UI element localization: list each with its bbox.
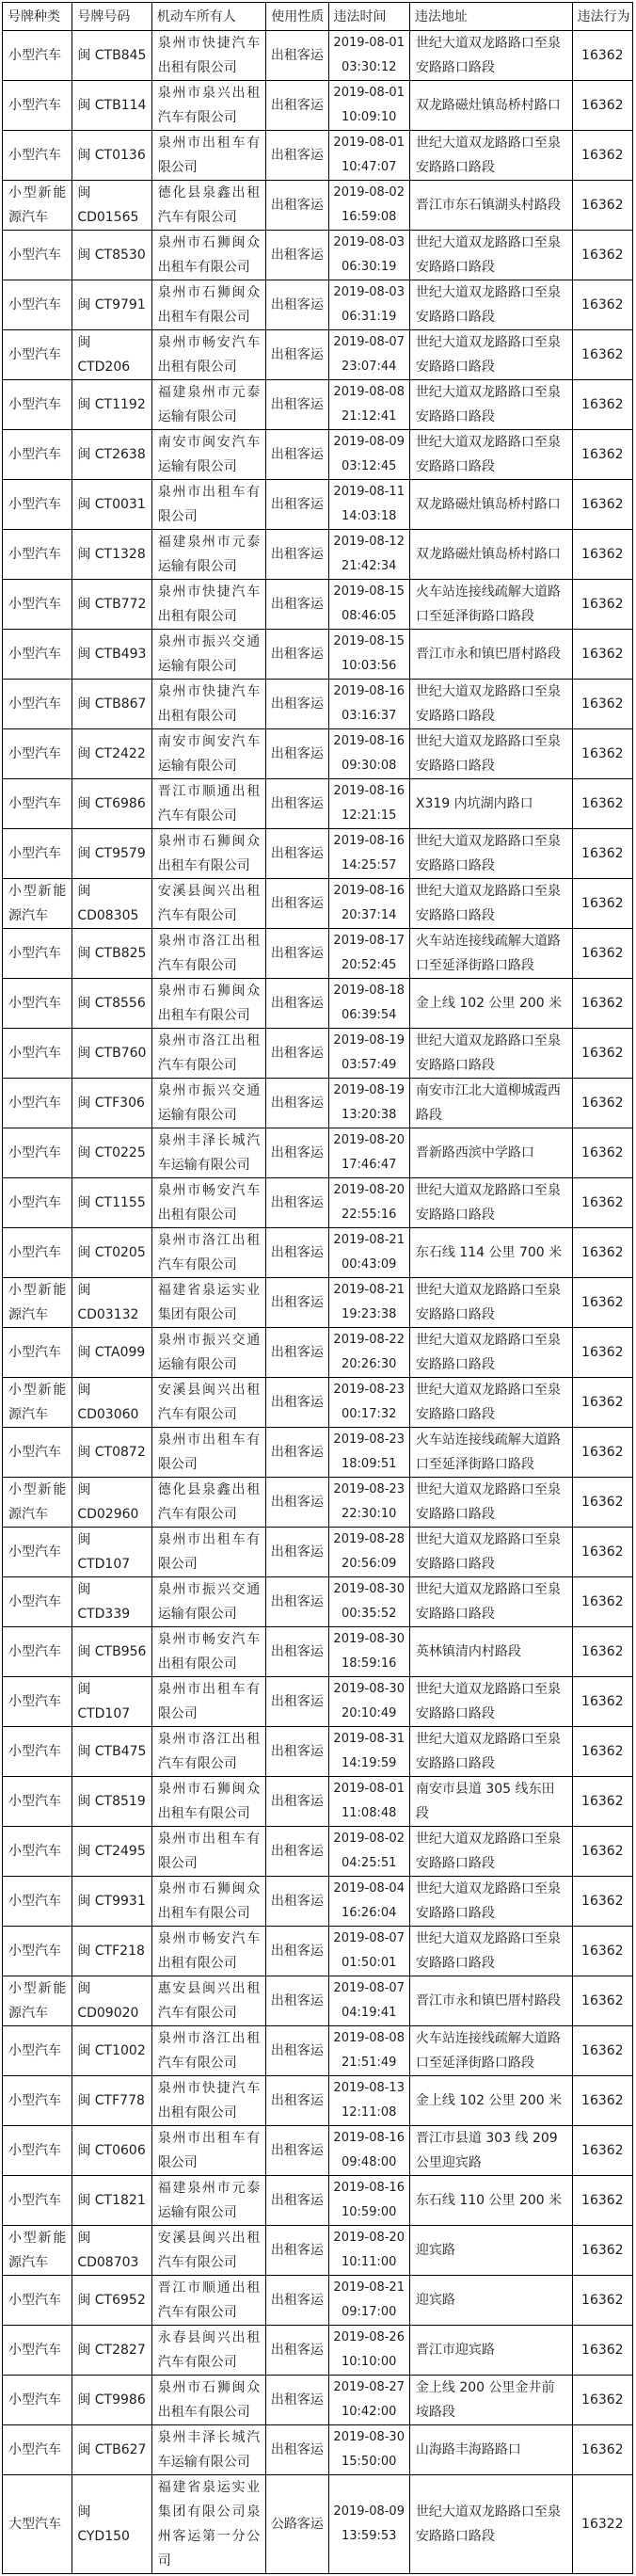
table-row: 小型汽车闽 CTF218泉州市畅安汽车出租有限公司出租客运2019-08-07 … (3, 1927, 633, 1976)
table-row: 小型汽车闽 CTD107泉州市出租车有限公司出租客运2019-08-28 20:… (3, 1528, 633, 1577)
type-cell: 小型新能源汽车 (3, 2226, 72, 2276)
owner-cell: 泉州市振兴交通运输有限公司 (151, 1079, 266, 1128)
plate-cell: 闽 CT0872 (72, 1428, 151, 1478)
owner-cell: 泉州市石狮闽众出租车有限公司 (151, 829, 266, 879)
usage-cell: 出租客运 (266, 2276, 328, 2326)
address-cell: 世纪大道双龙路路口至泉安路路口路段 (409, 1827, 572, 1877)
owner-cell: 泉州市出租车有限公司 (151, 1827, 266, 1877)
owner-cell: 泉州市快捷汽车出租有限公司 (151, 680, 266, 729)
time-cell: 2019-08-28 20:56:09 (328, 1528, 409, 1577)
usage-cell: 出租客运 (266, 31, 328, 81)
plate-cell: 闽 CT1192 (72, 380, 151, 430)
address-cell: 世纪大道双龙路路口至泉安路路口路段 (409, 1927, 572, 1976)
address-cell: 火车站连接线疏解大道路口至延泽街路口路段 (409, 1428, 572, 1478)
table-row: 小型汽车闽 CTB825泉州市洛江出租汽车有限公司出租客运2019-08-17 … (3, 929, 633, 979)
owner-cell: 泉州市畅安汽车出租有限公司 (151, 1627, 266, 1677)
usage-cell: 出租客运 (266, 131, 328, 181)
time-cell: 2019-08-16 09:48:00 (328, 2126, 409, 2176)
owner-cell: 泉州市畅安汽车出租有限公司 (151, 330, 266, 380)
plate-cell: 闽 CT2827 (72, 2326, 151, 2376)
code-cell: 16362 (572, 1927, 632, 1976)
table-row: 小型汽车闽 CT1155泉州市畅安汽车出租有限公司出租客运2019-08-20 … (3, 1178, 633, 1228)
owner-cell: 德化县泉鑫出租汽车有限公司 (151, 181, 266, 231)
type-cell: 小型汽车 (3, 380, 72, 430)
table-row: 小型汽车闽 CT6986晋江市顺通出租汽车有限公司出租客运2019-08-16 … (3, 779, 633, 829)
table-row: 小型汽车闽 CTF778泉州市快捷汽车出租有限公司出租客运2019-08-13 … (3, 2076, 633, 2126)
address-cell: 世纪大道双龙路路口至泉安路路口路段 (409, 1328, 572, 1378)
plate-cell: 闽 CT2422 (72, 729, 151, 779)
usage-cell: 出租客运 (266, 430, 328, 480)
owner-cell: 泉州市泉兴出租汽车有限公司 (151, 81, 266, 131)
usage-cell: 出租客运 (266, 2226, 328, 2276)
type-cell: 小型汽车 (3, 2376, 72, 2425)
owner-cell: 泉州丰泽长城汽车运输有限公司 (151, 1128, 266, 1178)
table-row: 小型汽车闽 CT1821福建泉州市元泰运输有限公司出租客运2019-08-16 … (3, 2176, 633, 2226)
table-row: 小型新能源汽车闽 CD08703安溪县闽兴出租汽车有限公司出租客运2019-08… (3, 2226, 633, 2276)
time-cell: 2019-08-11 14:03:18 (328, 480, 409, 530)
time-cell: 2019-08-09 13:59:53 (328, 2475, 409, 2574)
document-sheet: 号牌种类 号牌号码 机动车所有人 使用性质 违法时间 违法地址 违法行为 小型汽… (0, 0, 636, 2576)
code-cell: 16362 (572, 280, 632, 330)
code-cell: 16362 (572, 1727, 632, 1777)
usage-cell: 出租客运 (266, 1777, 328, 1827)
time-cell: 2019-08-15 10:03:56 (328, 630, 409, 680)
usage-cell: 出租客运 (266, 630, 328, 680)
type-cell: 小型汽车 (3, 1528, 72, 1577)
table-row: 小型汽车闽 CTB493泉州市振兴交通运输有限公司出租客运2019-08-15 … (3, 630, 633, 680)
plate-cell: 闽 CTF778 (72, 2076, 151, 2126)
owner-cell: 安溪县闽兴出租汽车有限公司 (151, 879, 266, 929)
plate-cell: 闽 CT0136 (72, 131, 151, 181)
owner-cell: 泉州市出租车有限公司 (151, 1677, 266, 1727)
code-cell: 16362 (572, 31, 632, 81)
plate-cell: 闽 CT2638 (72, 430, 151, 480)
plate-cell: 闽 CT0606 (72, 2126, 151, 2176)
plate-cell: 闽 CT6986 (72, 779, 151, 829)
time-cell: 2019-08-07 04:19:41 (328, 1976, 409, 2026)
code-cell: 16362 (572, 330, 632, 380)
code-cell: 16362 (572, 430, 632, 480)
plate-cell: 闽 CTB493 (72, 630, 151, 680)
code-cell: 16362 (572, 1428, 632, 1478)
owner-cell: 泉州市快捷汽车出租有限公司 (151, 31, 266, 81)
code-cell: 16362 (572, 829, 632, 879)
code-cell: 16362 (572, 1378, 632, 1428)
owner-cell: 福建泉州市元泰运输有限公司 (151, 530, 266, 580)
type-cell: 小型汽车 (3, 1178, 72, 1228)
time-cell: 2019-08-03 06:30:19 (328, 231, 409, 280)
table-row: 小型汽车闽 CT9791泉州市石狮闽众出租车有限公司出租客运2019-08-03… (3, 280, 633, 330)
address-cell: 世纪大道双龙路路口至泉安路路口路段 (409, 1677, 572, 1727)
col-header-violation-address: 违法地址 (409, 3, 572, 31)
usage-cell: 出租客运 (266, 81, 328, 131)
owner-cell: 泉州市洛江出租汽车有限公司 (151, 1228, 266, 1278)
usage-cell: 出租客运 (266, 2076, 328, 2126)
plate-cell: 闽 CT2495 (72, 1827, 151, 1877)
plate-cell: 闽 CTA099 (72, 1328, 151, 1378)
table-row: 小型汽车闽 CT9931泉州市石狮闽众出租车有限公司出租客运2019-08-04… (3, 1877, 633, 1927)
usage-cell: 出租客运 (266, 1178, 328, 1228)
address-cell: 世纪大道双龙路路口至泉安路路口路段 (409, 1478, 572, 1528)
type-cell: 小型汽车 (3, 630, 72, 680)
code-cell: 16362 (572, 779, 632, 829)
plate-cell: 闽 CTB760 (72, 1029, 151, 1079)
time-cell: 2019-08-30 00:35:52 (328, 1577, 409, 1627)
time-cell: 2019-08-04 16:26:04 (328, 1877, 409, 1927)
table-row: 小型新能源汽车闽 CD03132福建省泉运实业集团有限公司出租客运2019-08… (3, 1278, 633, 1328)
owner-cell: 南安市闽安汽车运输有限公司 (151, 430, 266, 480)
usage-cell: 出租客运 (266, 280, 328, 330)
owner-cell: 福建省泉运实业集团有限公司 (151, 1278, 266, 1328)
code-cell: 16362 (572, 1976, 632, 2026)
usage-cell: 出租客运 (266, 2425, 328, 2475)
col-header-violation-code: 违法行为 (572, 3, 632, 31)
usage-cell: 出租客运 (266, 480, 328, 530)
table-row: 小型汽车闽 CTD339泉州市振兴交通运输有限公司出租客运2019-08-30 … (3, 1577, 633, 1627)
owner-cell: 泉州市石狮闽众出租车有限公司 (151, 1777, 266, 1827)
plate-cell: 闽 CT0031 (72, 480, 151, 530)
plate-cell: 闽 CTB867 (72, 680, 151, 729)
type-cell: 小型汽车 (3, 1777, 72, 1827)
code-cell: 16362 (572, 1228, 632, 1278)
address-cell: 晋江市永和镇巴厝村路段 (409, 1976, 572, 2026)
table-row: 小型汽车闽 CT2638南安市闽安汽车运输有限公司出租客运2019-08-09 … (3, 430, 633, 480)
address-cell: 迎宾路 (409, 2276, 572, 2326)
table-row: 小型汽车闽 CTB772泉州市快捷汽车出租有限公司出租客运2019-08-15 … (3, 580, 633, 630)
owner-cell: 泉州市快捷汽车出租有限公司 (151, 580, 266, 630)
address-cell: 世纪大道双龙路路口至泉安路路口路段 (409, 231, 572, 280)
table-row: 小型汽车闽 CTB114泉州市泉兴出租汽车有限公司出租客运2019-08-01 … (3, 81, 633, 131)
code-cell: 16362 (572, 680, 632, 729)
address-cell: 南安市江北大道柳城霞西路段 (409, 1079, 572, 1128)
table-row: 小型汽车闽 CTD107泉州市出租车有限公司出租客运2019-08-30 20:… (3, 1677, 633, 1727)
owner-cell: 晋江市顺通出租汽车有限公司 (151, 779, 266, 829)
type-cell: 小型汽车 (3, 81, 72, 131)
time-cell: 2019-08-16 03:16:37 (328, 680, 409, 729)
code-cell: 16362 (572, 1577, 632, 1627)
address-cell: 世纪大道双龙路路口至泉安路路口路段 (409, 1278, 572, 1328)
code-cell: 16362 (572, 2026, 632, 2076)
table-row: 小型汽车闽 CTB845泉州市快捷汽车出租有限公司出租客运2019-08-01 … (3, 31, 633, 81)
time-cell: 2019-08-01 10:47:07 (328, 131, 409, 181)
time-cell: 2019-08-30 15:50:00 (328, 2425, 409, 2475)
time-cell: 2019-08-02 04:25:51 (328, 1827, 409, 1877)
type-cell: 小型新能源汽车 (3, 1378, 72, 1428)
address-cell: 晋江市县道 303 线 209 公里迎宾路 (409, 2126, 572, 2176)
table-row: 小型汽车闽 CT0872泉州市出租车有限公司出租客运2019-08-23 18:… (3, 1428, 633, 1478)
code-cell: 16362 (572, 2276, 632, 2326)
owner-cell: 永春县闽兴出租汽车有限公司 (151, 2326, 266, 2376)
table-body: 小型汽车闽 CTB845泉州市快捷汽车出租有限公司出租客运2019-08-01 … (3, 31, 633, 2574)
address-cell: 金上线 200 公里金井前垵路段 (409, 2376, 572, 2425)
type-cell: 小型汽车 (3, 1328, 72, 1378)
owner-cell: 泉州市快捷汽车出租有限公司 (151, 2076, 266, 2126)
time-cell: 2019-08-26 10:10:00 (328, 2326, 409, 2376)
usage-cell: 出租客运 (266, 181, 328, 231)
type-cell: 小型汽车 (3, 729, 72, 779)
usage-cell: 出租客运 (266, 2176, 328, 2226)
address-cell: 世纪大道双龙路路口至泉安路路口路段 (409, 131, 572, 181)
type-cell: 小型汽车 (3, 2276, 72, 2326)
code-cell: 16362 (572, 1777, 632, 1827)
plate-cell: 闽 CTB825 (72, 929, 151, 979)
code-cell: 16362 (572, 1677, 632, 1727)
code-cell: 16362 (572, 81, 632, 131)
plate-cell: 闽 CT1002 (72, 2026, 151, 2076)
time-cell: 2019-08-19 13:20:38 (328, 1079, 409, 1128)
usage-cell: 出租客运 (266, 1577, 328, 1627)
table-row: 小型汽车闽 CT9986泉州市石狮闽众出租车有限公司出租客运2019-08-27… (3, 2376, 633, 2425)
owner-cell: 泉州市出租车有限公司 (151, 480, 266, 530)
plate-cell: 闽 CT9986 (72, 2376, 151, 2425)
col-header-usage-nature: 使用性质 (266, 3, 328, 31)
code-cell: 16362 (572, 181, 632, 231)
owner-cell: 泉州市出租车有限公司 (151, 1428, 266, 1478)
table-row: 小型汽车闽 CTB956泉州市畅安汽车出租有限公司出租客运2019-08-30 … (3, 1627, 633, 1677)
address-cell: 英林镇清内村路段 (409, 1627, 572, 1677)
address-cell: 世纪大道双龙路路口至泉安路路口路段 (409, 1178, 572, 1228)
usage-cell: 出租客运 (266, 1927, 328, 1976)
plate-cell: 闽 CD01565 (72, 181, 151, 231)
code-cell: 16362 (572, 1128, 632, 1178)
time-cell: 2019-08-09 03:12:45 (328, 430, 409, 480)
usage-cell: 出租客运 (266, 1877, 328, 1927)
plate-cell: 闽 CTF306 (72, 1079, 151, 1128)
code-cell: 16362 (572, 480, 632, 530)
code-cell: 16362 (572, 2425, 632, 2475)
time-cell: 2019-08-21 09:17:00 (328, 2276, 409, 2326)
col-header-plate-number: 号牌号码 (72, 3, 151, 31)
type-cell: 小型汽车 (3, 979, 72, 1029)
plate-cell: 闽 CT1155 (72, 1178, 151, 1228)
time-cell: 2019-08-03 06:31:19 (328, 280, 409, 330)
usage-cell: 出租客运 (266, 2126, 328, 2176)
address-cell: 世纪大道双龙路路口至泉安路路口路段 (409, 2475, 572, 2574)
table-row: 小型汽车闽 CT0225泉州丰泽长城汽车运输有限公司出租客运2019-08-20… (3, 1128, 633, 1178)
owner-cell: 泉州市洛江出租汽车有限公司 (151, 2026, 266, 2076)
time-cell: 2019-08-08 21:51:49 (328, 2026, 409, 2076)
type-cell: 小型汽车 (3, 1727, 72, 1777)
type-cell: 小型新能源汽车 (3, 1478, 72, 1528)
time-cell: 2019-08-16 10:59:00 (328, 2176, 409, 2226)
address-cell: 世纪大道双龙路路口至泉安路路口路段 (409, 729, 572, 779)
col-header-violation-time: 违法时间 (328, 3, 409, 31)
usage-cell: 出租客运 (266, 2326, 328, 2376)
table-row: 小型汽车闽 CTB475泉州市洛江出租汽车有限公司出租客运2019-08-31 … (3, 1727, 633, 1777)
address-cell: 金上线 102 公里 200 米 (409, 2076, 572, 2126)
plate-cell: 闽 CTD107 (72, 1528, 151, 1577)
plate-cell: 闽 CT6952 (72, 2276, 151, 2326)
type-cell: 大型汽车 (3, 2475, 72, 2574)
table-row: 小型汽车闽 CTB760泉州市洛江出租汽车有限公司出租客运2019-08-19 … (3, 1029, 633, 1079)
code-cell: 16362 (572, 131, 632, 181)
time-cell: 2019-08-20 17:46:47 (328, 1128, 409, 1178)
usage-cell: 公路客运 (266, 2475, 328, 2574)
type-cell: 小型汽车 (3, 680, 72, 729)
code-cell: 16362 (572, 2376, 632, 2425)
address-cell: 东石线 114 公里 700 米 (409, 1228, 572, 1278)
address-cell: X319 内坑湖内路口 (409, 779, 572, 829)
violation-records-table: 号牌种类 号牌号码 机动车所有人 使用性质 违法时间 违法地址 违法行为 小型汽… (2, 2, 633, 2574)
table-row: 小型新能源汽车闽 CD03060安溪县闽兴出租汽车有限公司出租客运2019-08… (3, 1378, 633, 1428)
table-row: 小型汽车闽 CT0205泉州市洛江出租汽车有限公司出租客运2019-08-21 … (3, 1228, 633, 1278)
plate-cell: 闽 CD03132 (72, 1278, 151, 1328)
table-row: 小型汽车闽 CT2422南安市闽安汽车运输有限公司出租客运2019-08-16 … (3, 729, 633, 779)
plate-cell: 闽 CT9931 (72, 1877, 151, 1927)
type-cell: 小型汽车 (3, 1627, 72, 1677)
code-cell: 16362 (572, 231, 632, 280)
plate-cell: 闽 CT9791 (72, 280, 151, 330)
code-cell: 16362 (572, 1278, 632, 1328)
time-cell: 2019-08-20 22:55:16 (328, 1178, 409, 1228)
usage-cell: 出租客运 (266, 829, 328, 879)
table-row: 小型新能源汽车闽 CD01565德化县泉鑫出租汽车有限公司出租客运2019-08… (3, 181, 633, 231)
code-cell: 16362 (572, 929, 632, 979)
type-cell: 小型汽车 (3, 2026, 72, 2076)
address-cell: 火车站连接线疏解大道路口至延泽街路口路段 (409, 580, 572, 630)
owner-cell: 泉州市洛江出租汽车有限公司 (151, 1029, 266, 1079)
owner-cell: 惠安县闽兴出租汽车有限公司 (151, 1976, 266, 2026)
time-cell: 2019-08-08 21:12:41 (328, 380, 409, 430)
type-cell: 小型汽车 (3, 2126, 72, 2176)
table-row: 小型汽车闽 CT2495泉州市出租车有限公司出租客运2019-08-02 04:… (3, 1827, 633, 1877)
time-cell: 2019-08-01 03:30:12 (328, 31, 409, 81)
code-cell: 16362 (572, 729, 632, 779)
owner-cell: 泉州市洛江出租汽车有限公司 (151, 929, 266, 979)
plate-cell: 闽 CT0225 (72, 1128, 151, 1178)
table-row: 小型汽车闽 CT2827永春县闽兴出租汽车有限公司出租客运2019-08-26 … (3, 2326, 633, 2376)
plate-cell: 闽 CTB475 (72, 1727, 151, 1777)
type-cell: 小型汽车 (3, 430, 72, 480)
usage-cell: 出租客运 (266, 1528, 328, 1577)
owner-cell: 泉州市石狮闽众出租车有限公司 (151, 1877, 266, 1927)
owner-cell: 福建省泉运实业集团有限公司泉州客运第一分公司 (151, 2475, 266, 2574)
time-cell: 2019-08-22 20:26:30 (328, 1328, 409, 1378)
time-cell: 2019-08-19 03:57:49 (328, 1029, 409, 1079)
type-cell: 小型汽车 (3, 1128, 72, 1178)
table-row: 小型汽车闽 CT0606泉州市出租车有限公司出租客运2019-08-16 09:… (3, 2126, 633, 2176)
owner-cell: 德化县泉鑫出租汽车有限公司 (151, 1478, 266, 1528)
usage-cell: 出租客运 (266, 1029, 328, 1079)
plate-cell: 闽 CTB845 (72, 31, 151, 81)
plate-cell: 闽 CT8556 (72, 979, 151, 1029)
address-cell: 东石线 110 公里 200 米 (409, 2176, 572, 2226)
code-cell: 16362 (572, 2126, 632, 2176)
type-cell: 小型汽车 (3, 2425, 72, 2475)
type-cell: 小型汽车 (3, 330, 72, 380)
time-cell: 2019-08-07 01:50:01 (328, 1927, 409, 1976)
table-row: 小型新能源汽车闽 CD09020惠安县闽兴出租汽车有限公司出租客运2019-08… (3, 1976, 633, 2026)
owner-cell: 泉州市振兴交通运输有限公司 (151, 630, 266, 680)
usage-cell: 出租客运 (266, 1827, 328, 1877)
time-cell: 2019-08-01 10:09:10 (328, 81, 409, 131)
address-cell: 火车站连接线疏解大道路口至延泽街路口路段 (409, 929, 572, 979)
table-row: 小型新能源汽车闽 CD08305安溪县闽兴出租汽车有限公司出租客运2019-08… (3, 879, 633, 929)
code-cell: 16362 (572, 630, 632, 680)
table-row: 小型汽车闽 CT8556泉州市石狮闽众出租车有限公司出租客运2019-08-18… (3, 979, 633, 1029)
code-cell: 16362 (572, 580, 632, 630)
type-cell: 小型汽车 (3, 1827, 72, 1877)
code-cell: 16362 (572, 2326, 632, 2376)
table-row: 小型汽车闽 CT1002泉州市洛江出租汽车有限公司出租客运2019-08-08 … (3, 2026, 633, 2076)
plate-cell: 闽 CTB956 (72, 1627, 151, 1677)
table-row: 小型汽车闽 CT8519泉州市石狮闽众出租车有限公司出租客运2019-08-01… (3, 1777, 633, 1827)
time-cell: 2019-08-30 18:59:16 (328, 1627, 409, 1677)
time-cell: 2019-08-16 20:37:14 (328, 879, 409, 929)
address-cell: 世纪大道双龙路路口至泉安路路口路段 (409, 879, 572, 929)
plate-cell: 闽 CT8519 (72, 1777, 151, 1827)
type-cell: 小型新能源汽车 (3, 1278, 72, 1328)
address-cell: 世纪大道双龙路路口至泉安路路口路段 (409, 680, 572, 729)
table-row: 小型汽车闽 CT1192福建泉州市元泰运输有限公司出租客运2019-08-08 … (3, 380, 633, 430)
usage-cell: 出租客运 (266, 1976, 328, 2026)
address-cell: 世纪大道双龙路路口至泉安路路口路段 (409, 1378, 572, 1428)
address-cell: 世纪大道双龙路路口至泉安路路口路段 (409, 330, 572, 380)
plate-cell: 闽 CTB627 (72, 2425, 151, 2475)
code-cell: 16362 (572, 2076, 632, 2126)
address-cell: 火车站连接线疏解大道路口至延泽街路口路段 (409, 2026, 572, 2076)
type-cell: 小型汽车 (3, 1079, 72, 1128)
usage-cell: 出租客运 (266, 879, 328, 929)
plate-cell: 闽 CTD107 (72, 1677, 151, 1727)
type-cell: 小型汽车 (3, 1428, 72, 1478)
type-cell: 小型汽车 (3, 231, 72, 280)
type-cell: 小型新能源汽车 (3, 879, 72, 929)
plate-cell: 闽 CD02960 (72, 1478, 151, 1528)
usage-cell: 出租客运 (266, 779, 328, 829)
plate-cell: 闽 CD08305 (72, 879, 151, 929)
address-cell: 世纪大道双龙路路口至泉安路路口路段 (409, 1577, 572, 1627)
time-cell: 2019-08-13 12:11:08 (328, 2076, 409, 2126)
address-cell: 双龙路磁灶镇岛桥村路口 (409, 81, 572, 131)
address-cell: 世纪大道双龙路路口至泉安路路口路段 (409, 380, 572, 430)
type-cell: 小型汽车 (3, 1877, 72, 1927)
usage-cell: 出租客运 (266, 231, 328, 280)
time-cell: 2019-08-12 21:42:34 (328, 530, 409, 580)
usage-cell: 出租客运 (266, 2376, 328, 2425)
code-cell: 16322 (572, 2475, 632, 2574)
table-row: 小型汽车闽 CTB867泉州市快捷汽车出租有限公司出租客运2019-08-16 … (3, 680, 633, 729)
owner-cell: 泉州市出租车有限公司 (151, 2126, 266, 2176)
plate-cell: 闽 CD09020 (72, 1976, 151, 2026)
address-cell: 世纪大道双龙路路口至泉安路路口路段 (409, 1727, 572, 1777)
type-cell: 小型新能源汽车 (3, 1976, 72, 2026)
time-cell: 2019-08-18 06:39:54 (328, 979, 409, 1029)
plate-cell: 闽 CTB114 (72, 81, 151, 131)
time-cell: 2019-08-27 10:42:00 (328, 2376, 409, 2425)
owner-cell: 泉州丰泽长城汽车运输有限公司 (151, 2425, 266, 2475)
time-cell: 2019-08-23 18:09:51 (328, 1428, 409, 1478)
address-cell: 双龙路磁灶镇岛桥村路口 (409, 530, 572, 580)
owner-cell: 泉州市畅安汽车出租有限公司 (151, 1178, 266, 1228)
usage-cell: 出租客运 (266, 1228, 328, 1278)
address-cell: 世纪大道双龙路路口至泉安路路口路段 (409, 1528, 572, 1577)
time-cell: 2019-08-21 19:23:38 (328, 1278, 409, 1328)
usage-cell: 出租客运 (266, 680, 328, 729)
table-row: 小型新能源汽车闽 CD02960德化县泉鑫出租汽车有限公司出租客运2019-08… (3, 1478, 633, 1528)
plate-cell: 闽 CD03060 (72, 1378, 151, 1428)
type-cell: 小型汽车 (3, 480, 72, 530)
col-header-plate-type: 号牌种类 (3, 3, 72, 31)
type-cell: 小型汽车 (3, 1927, 72, 1976)
code-cell: 16362 (572, 1328, 632, 1378)
time-cell: 2019-08-07 23:07:44 (328, 330, 409, 380)
code-cell: 16362 (572, 2226, 632, 2276)
owner-cell: 安溪县闽兴出租汽车有限公司 (151, 2226, 266, 2276)
address-cell: 世纪大道双龙路路口至泉安路路口路段 (409, 829, 572, 879)
owner-cell: 福建泉州市元泰运输有限公司 (151, 380, 266, 430)
table-row: 小型汽车闽 CT8530泉州市石狮闽众出租车有限公司出租客运2019-08-03… (3, 231, 633, 280)
